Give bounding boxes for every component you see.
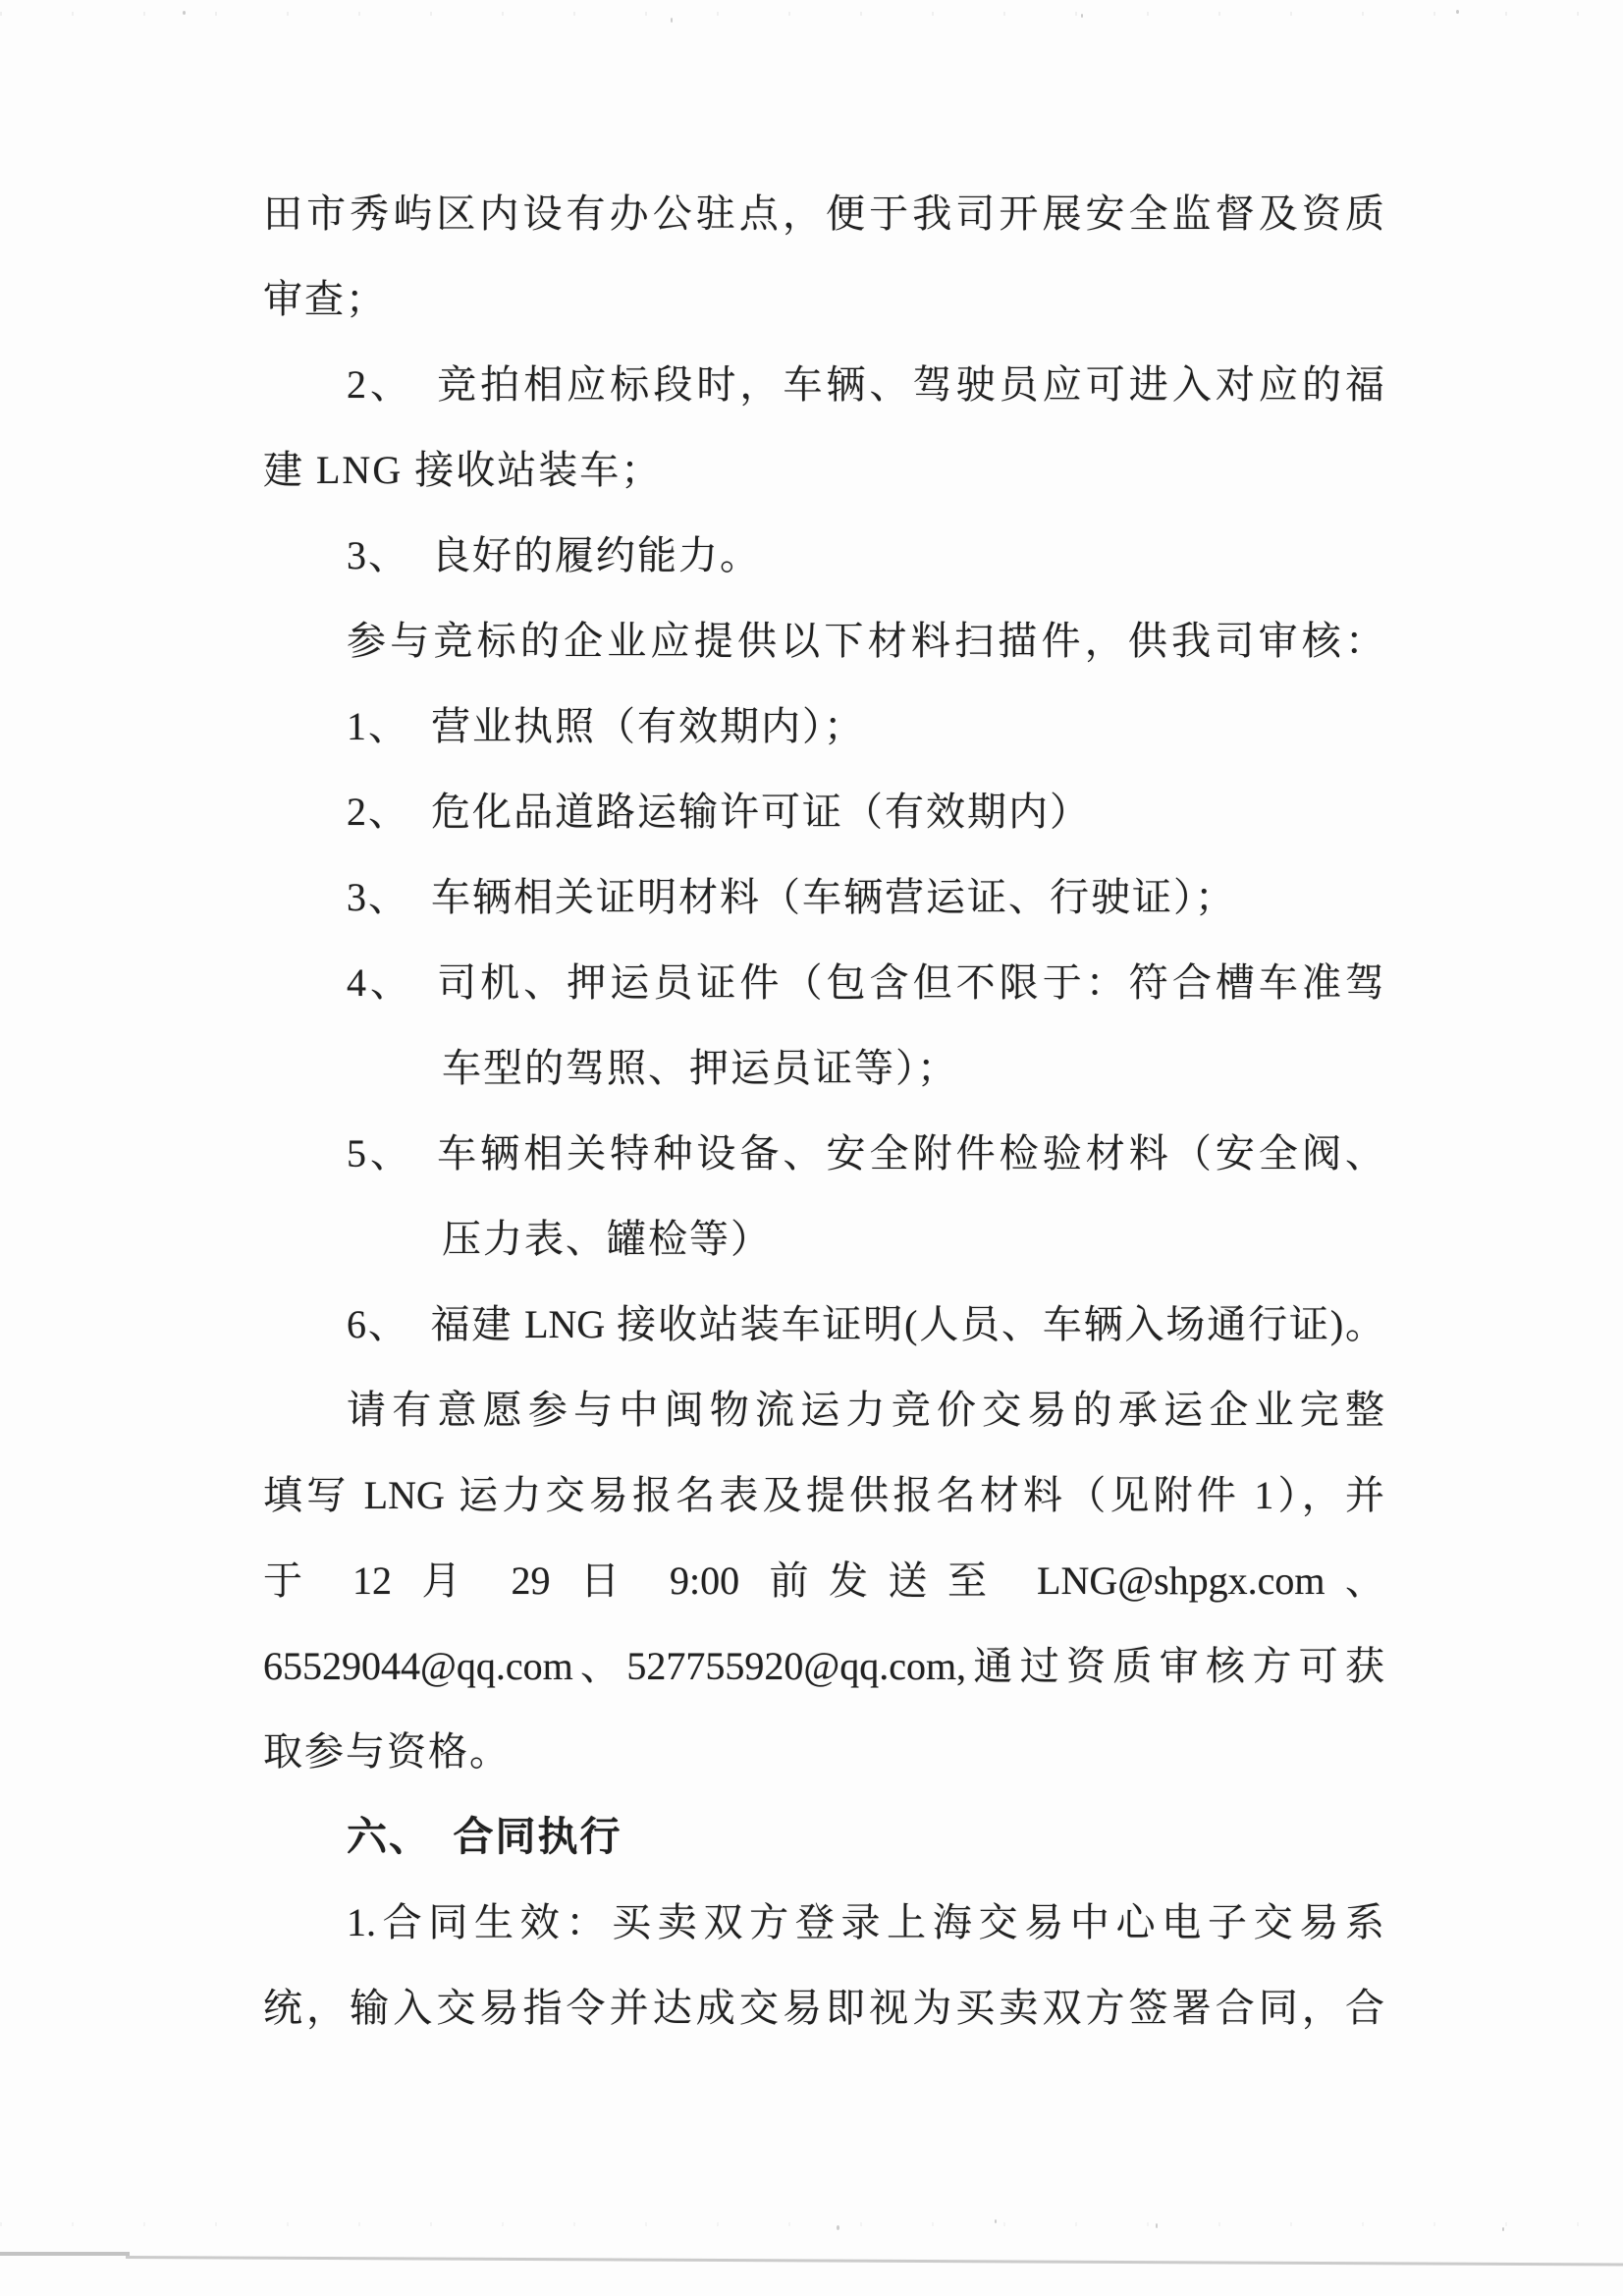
- text-line: 参与竞标的企业应提供以下材料扫描件，供我司审核：: [347, 598, 1384, 683]
- text-line: 车型的驾照、押运员证等）；: [442, 1025, 1384, 1111]
- text-line: 65529044@qq.com、527755920@qq.com,通过资质审核方…: [263, 1623, 1384, 1709]
- text-line: 2、 危化品道路运输许可证（有效期内）: [347, 769, 1384, 854]
- text-line: 压力表、罐检等）: [442, 1196, 1384, 1282]
- document-page: 田市秀屿区内设有办公驻点，便于我司开展安全监督及资质审查；2、 竞拍相应标段时，…: [0, 0, 1623, 2296]
- text-line: 请有意愿参与中闽物流运力竞价交易的承运企业完整: [347, 1367, 1384, 1452]
- text-line: 1.合同生效：买卖双方登录上海交易中心电子交易系: [347, 1880, 1384, 1965]
- scan-speck: [1156, 2223, 1158, 2228]
- scan-speck: [671, 18, 673, 23]
- text-line: 3、 车辆相关证明材料（车辆营运证、行驶证）；: [347, 854, 1384, 940]
- text-line: 填写 LNG 运力交易报名表及提供报名材料（见附件 1），并: [263, 1452, 1384, 1538]
- text-line: 4、 司机、押运员证件（包含但不限于：符合槽车准驾: [347, 940, 1384, 1025]
- text-line: 1、 营业执照（有效期内）；: [347, 683, 1384, 769]
- text-line: 统，输入交易指令并达成交易即视为买卖双方签署合同，合: [263, 1965, 1384, 2050]
- scan-speck: [995, 2219, 997, 2223]
- section-heading: 六、 合同执行: [347, 1794, 1384, 1880]
- text-line: 建 LNG 接收站装车；: [263, 427, 1384, 513]
- text-line: 2、 竞拍相应标段时，车辆、驾驶员应可进入对应的福: [347, 342, 1384, 427]
- scan-noise-bottom: [0, 2222, 1623, 2226]
- document-body: 田市秀屿区内设有办公驻点，便于我司开展安全监督及资质审查；2、 竞拍相应标段时，…: [263, 0, 1384, 2050]
- text-line: 3、 良好的履约能力。: [347, 513, 1384, 598]
- scan-speck: [837, 2225, 839, 2230]
- text-line: 取参与资格。: [263, 1709, 1384, 1794]
- text-line: 田市秀屿区内设有办公驻点，便于我司开展安全监督及资质: [263, 171, 1384, 256]
- paper-bottom-edge-left: [0, 2252, 130, 2256]
- scan-speck: [1081, 14, 1083, 18]
- text-line: 审查；: [263, 256, 1384, 342]
- scan-speck: [183, 11, 186, 15]
- scan-speck: [1456, 10, 1459, 14]
- text-line: 6、 福建 LNG 接收站装车证明(人员、车辆入场通行证)。: [347, 1282, 1384, 1367]
- text-line: 于 12 月 29 日 9:00 前发送至 LNG@shpgx.com、: [263, 1538, 1384, 1623]
- paper-bottom-edge: [126, 2256, 1623, 2266]
- scan-speck: [1502, 2227, 1504, 2231]
- text-line: 5、 车辆相关特种设备、安全附件检验材料（安全阀、: [347, 1111, 1384, 1196]
